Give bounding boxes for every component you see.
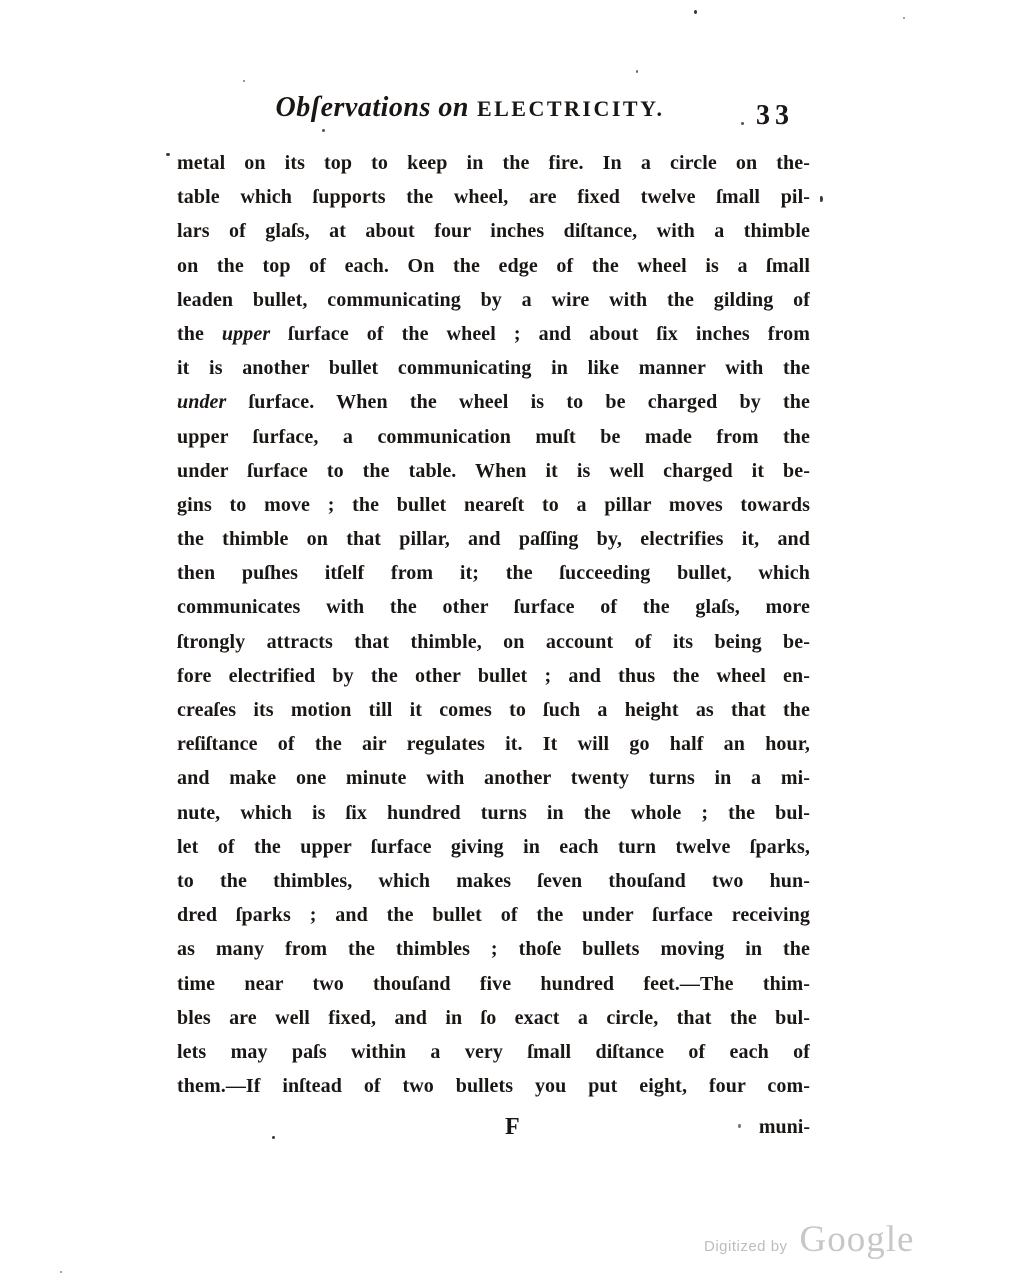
text-line: communicates with the other ſurface of t…	[177, 590, 810, 624]
text-line: time near two thouſand five hundred feet…	[177, 967, 810, 1001]
catchword: muni-	[759, 1110, 810, 1144]
text-line: dred ſparks ; and the bullet of the unde…	[177, 898, 810, 932]
scan-speck	[738, 1124, 741, 1128]
scan-speck	[166, 153, 170, 156]
text-line: and make one minute with another twenty …	[177, 761, 810, 795]
text-line: on the top of each. On the edge of the w…	[177, 249, 810, 283]
running-title-italic: Obſervations on	[276, 92, 469, 123]
scan-speck	[694, 10, 697, 14]
scan-speck	[243, 80, 245, 82]
text-line: under ſurface to the table. When it is w…	[177, 454, 810, 488]
text-line: upper ſurface, a communication muſt be m…	[177, 420, 810, 454]
running-title: Obſervations onELECTRICITY.	[177, 92, 763, 124]
text-line: gins to move ; the bullet neareſt to a p…	[177, 488, 810, 522]
scan-speck	[322, 129, 325, 132]
google-logo: Google	[800, 1218, 915, 1261]
scan-speck	[820, 196, 823, 202]
text-line: fore electrified by the other bullet ; a…	[177, 659, 810, 693]
signature-row: F muni-	[177, 1110, 810, 1144]
book-page-scan: Obſervations onELECTRICITY. 33 metal on …	[0, 0, 1014, 1282]
text-line: bles are well fixed, and in ſo exact a c…	[177, 1001, 810, 1035]
signature-mark: F	[505, 1110, 520, 1144]
page-number: 33	[756, 100, 794, 132]
scan-speck	[903, 17, 905, 19]
text-line: nute, which is ſix hundred turns in the …	[177, 796, 810, 830]
text-line: the thimble on that pillar, and paſſing …	[177, 522, 810, 556]
text-line: under ſurface. When the wheel is to be c…	[177, 385, 810, 419]
text-line: lars of glaſs, at about four inches diſt…	[177, 214, 810, 248]
text-line: table which ſupports the wheel, are fixe…	[177, 180, 810, 214]
scan-speck	[741, 122, 744, 125]
text-line: leaden bullet, communicating by a wire w…	[177, 283, 810, 317]
text-line: creaſes its motion till it comes to ſuch…	[177, 693, 810, 727]
text-line: it is another bullet communicating in li…	[177, 351, 810, 385]
text-line: metal on its top to keep in the fire. In…	[177, 146, 810, 180]
watermark: Digitized by Google	[704, 1218, 914, 1261]
body-text: metal on its top to keep in the fire. In…	[177, 146, 810, 1103]
text-line: reſiſtance of the air regulates it. It w…	[177, 727, 810, 761]
text-line: the upper ſurface of the wheel ; and abo…	[177, 317, 810, 351]
text-line: then puſhes itſelf from it; the ſucceedi…	[177, 556, 810, 590]
text-line: to the thimbles, which makes ſeven thouſ…	[177, 864, 810, 898]
digitized-by-text: Digitized by	[704, 1238, 788, 1255]
scan-speck	[636, 70, 638, 73]
text-line: as many from the thimbles ; thoſe bullet…	[177, 932, 810, 966]
text-line: lets may paſs within a very ſmall diſtan…	[177, 1035, 810, 1069]
scan-speck	[272, 1136, 275, 1139]
scan-speck	[60, 1271, 62, 1273]
text-line: ſtrongly attracts that thimble, on accou…	[177, 625, 810, 659]
text-line: them.—If inſtead of two bullets you put …	[177, 1069, 810, 1103]
running-title-caps: ELECTRICITY.	[477, 96, 665, 121]
text-line: let of the upper ſurface giving in each …	[177, 830, 810, 864]
